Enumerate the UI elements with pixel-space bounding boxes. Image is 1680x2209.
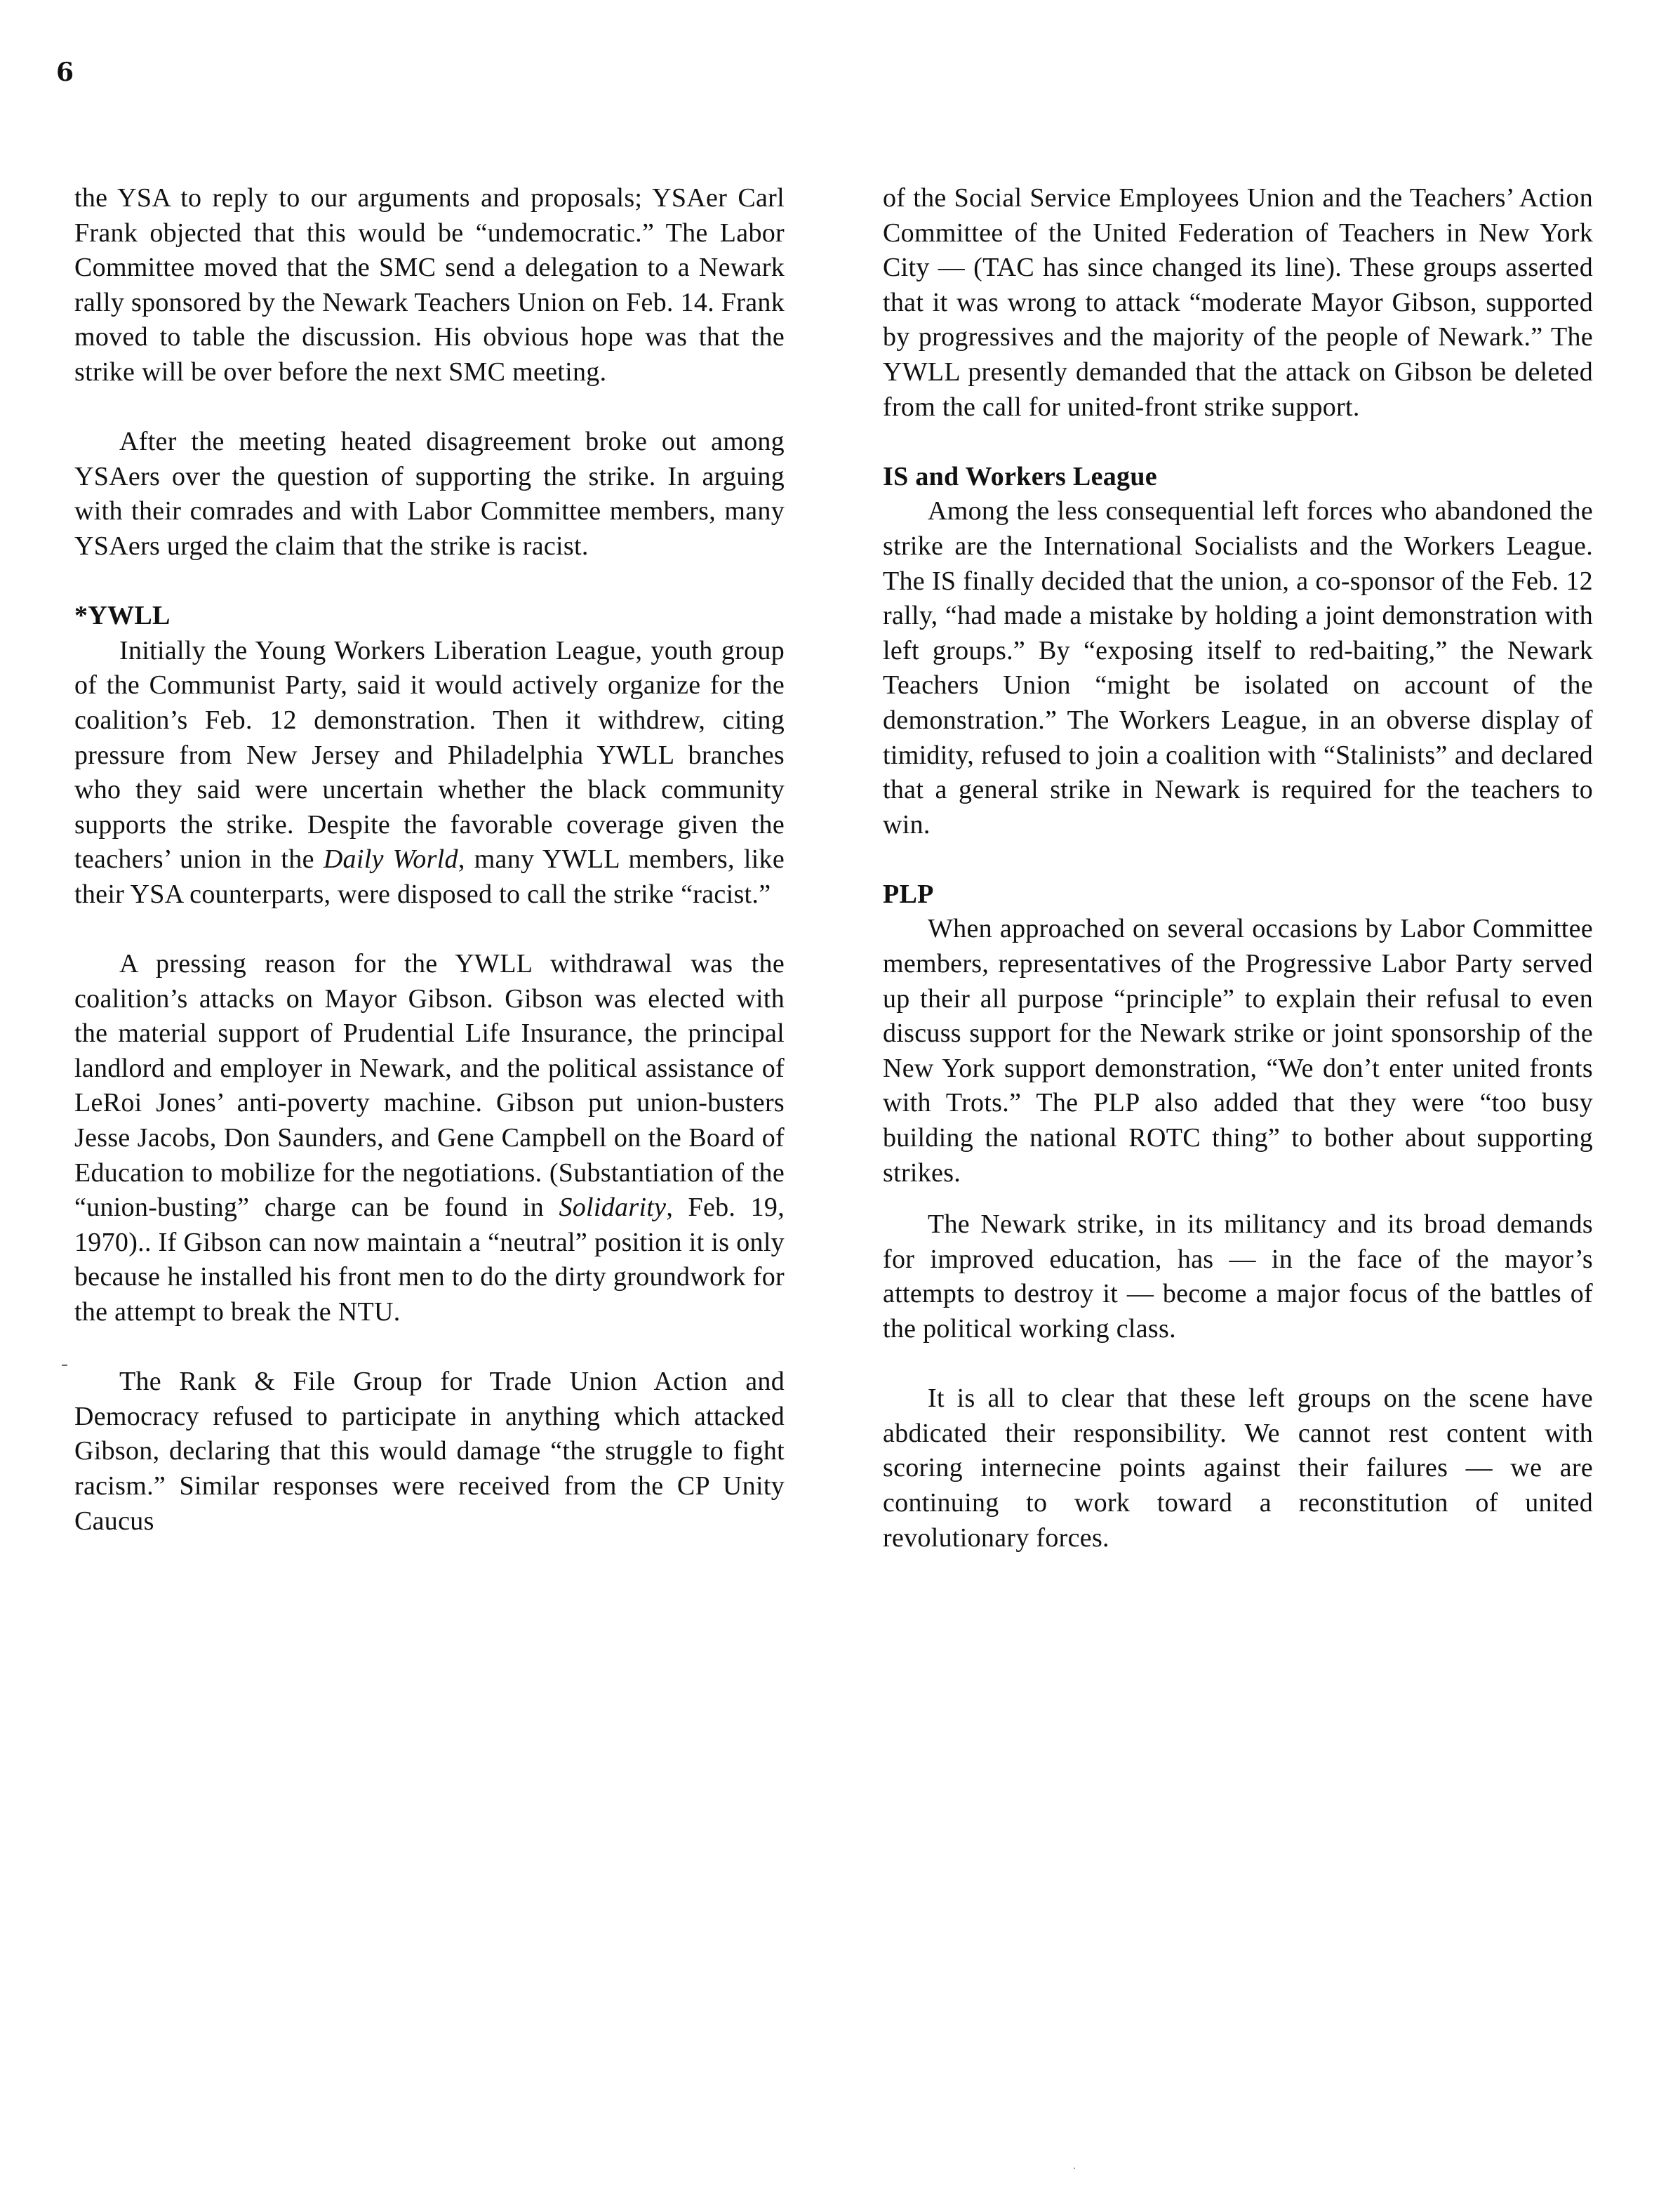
- publication-title-solidarity: Solidarity: [559, 1193, 666, 1222]
- paragraph-is-workers-league: Among the less consequential left forces…: [883, 494, 1593, 842]
- paragraph-plp: When approached on several occasions by …: [883, 912, 1593, 1190]
- scan-artifact-mark: [62, 1365, 67, 1366]
- section-heading-ywll: *YWLL: [74, 599, 785, 634]
- paragraph-ywll-initially: Initially the Young Workers Liberation L…: [74, 634, 785, 913]
- paragraph-ysa-disagreement: After the meeting heated disagreement br…: [74, 425, 785, 564]
- paragraph-newark-strike: The Newark strike, in its militancy and …: [883, 1207, 1593, 1346]
- paragraph-conclusion: It is all to clear that these left group…: [883, 1381, 1593, 1555]
- right-column: of the Social Service Employees Union an…: [883, 181, 1593, 1555]
- publication-title-daily-world: Daily World: [324, 844, 458, 874]
- paragraph-sseu-tac: of the Social Service Employees Union an…: [883, 181, 1593, 425]
- section-heading-plp: PLP: [883, 877, 1593, 913]
- left-column: the YSA to reply to our arguments and pr…: [74, 181, 785, 1539]
- page-number: 6: [56, 58, 74, 87]
- paragraph-ywll-gibson: A pressing reason for the YWLL withdrawa…: [74, 947, 785, 1330]
- text-run: A pressing reason for the YWLL withdrawa…: [74, 949, 785, 1222]
- text-run: Initially the Young Workers Liberation L…: [74, 636, 785, 875]
- paragraph-ysa-continued: the YSA to reply to our arguments and pr…: [74, 181, 785, 390]
- paragraph-rank-and-file: The Rank & File Group for Trade Union Ac…: [74, 1365, 785, 1539]
- section-heading-is-workers-league: IS and Workers League: [883, 460, 1593, 495]
- scan-artifact-dot: [1074, 2168, 1075, 2169]
